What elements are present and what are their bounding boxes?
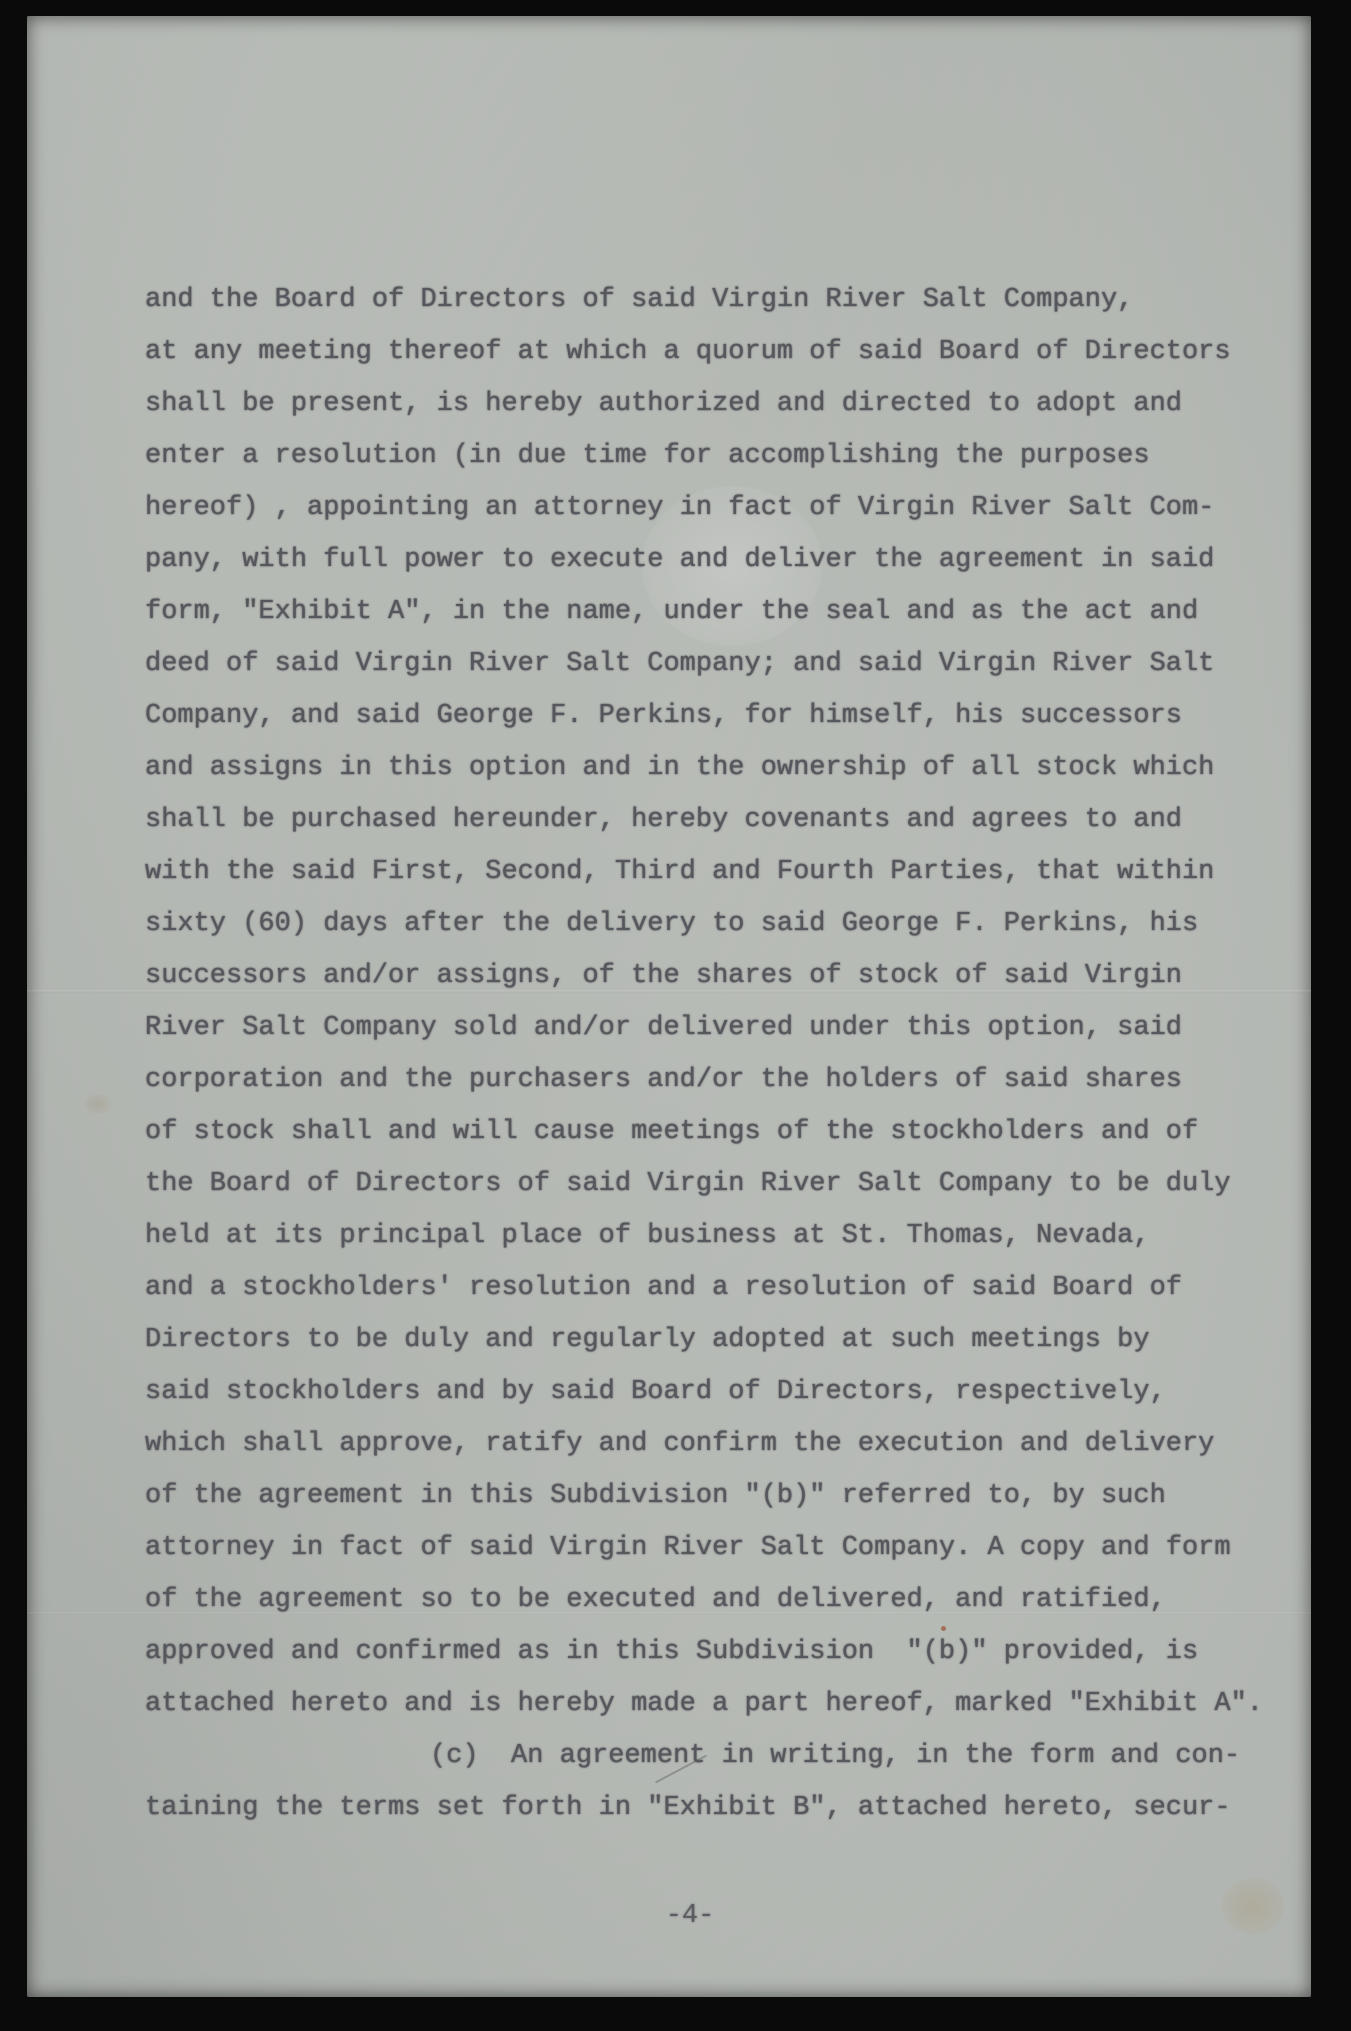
text-line: held at its principal place of business … bbox=[145, 1210, 1275, 1262]
photo-background: and the Board of Directors of said Virgi… bbox=[0, 0, 1351, 2031]
text-line: with the said First, Second, Third and F… bbox=[145, 846, 1275, 898]
text-line: the Board of Directors of said Virgin Ri… bbox=[145, 1158, 1275, 1210]
text-line: successors and/or assigns, of the shares… bbox=[145, 950, 1275, 1002]
text-line: at any meeting thereof at which a quorum… bbox=[145, 326, 1275, 378]
paper-stain bbox=[85, 1094, 111, 1114]
document-page: and the Board of Directors of said Virgi… bbox=[27, 16, 1311, 1997]
text-line: Company, and said George F. Perkins, for… bbox=[145, 690, 1275, 742]
text-line: of the agreement in this Subdivision "(b… bbox=[145, 1470, 1275, 1522]
text-line: deed of said Virgin River Salt Company; … bbox=[145, 638, 1275, 690]
text-line: attached hereto and is hereby made a par… bbox=[145, 1678, 1275, 1730]
text-line: said stockholders and by said Board of D… bbox=[145, 1366, 1275, 1418]
text-line: approved and confirmed as in this Subdiv… bbox=[145, 1626, 1275, 1678]
text-line: and the Board of Directors of said Virgi… bbox=[145, 274, 1275, 326]
page-number: -4- bbox=[145, 1901, 1235, 1931]
text-line: and assigns in this option and in the ow… bbox=[145, 742, 1275, 794]
text-line: shall be present, is hereby authorized a… bbox=[145, 378, 1275, 430]
text-line: shall be purchased hereunder, hereby cov… bbox=[145, 794, 1275, 846]
text-line-subdivision-c: (c) An agreement in writing, in the form… bbox=[145, 1730, 1275, 1782]
text-line: form, "Exhibit A", in the name, under th… bbox=[145, 586, 1275, 638]
text-line: enter a resolution (in due time for acco… bbox=[145, 430, 1275, 482]
text-line: of the agreement so to be executed and d… bbox=[145, 1574, 1275, 1626]
text-line: Directors to be duly and regularly adopt… bbox=[145, 1314, 1275, 1366]
text-line: of stock shall and will cause meetings o… bbox=[145, 1106, 1275, 1158]
text-line: hereof) , appointing an attorney in fact… bbox=[145, 482, 1275, 534]
text-line: sixty (60) days after the delivery to sa… bbox=[145, 898, 1275, 950]
text-line: pany, with full power to execute and del… bbox=[145, 534, 1275, 586]
text-line: taining the terms set forth in "Exhibit … bbox=[145, 1782, 1275, 1834]
document-text: and the Board of Directors of said Virgi… bbox=[145, 274, 1275, 1834]
text-line: and a stockholders' resolution and a res… bbox=[145, 1262, 1275, 1314]
text-line: corporation and the purchasers and/or th… bbox=[145, 1054, 1275, 1106]
text-line: which shall approve, ratify and confirm … bbox=[145, 1418, 1275, 1470]
text-line: attorney in fact of said Virgin River Sa… bbox=[145, 1522, 1275, 1574]
text-line: River Salt Company sold and/or delivered… bbox=[145, 1002, 1275, 1054]
